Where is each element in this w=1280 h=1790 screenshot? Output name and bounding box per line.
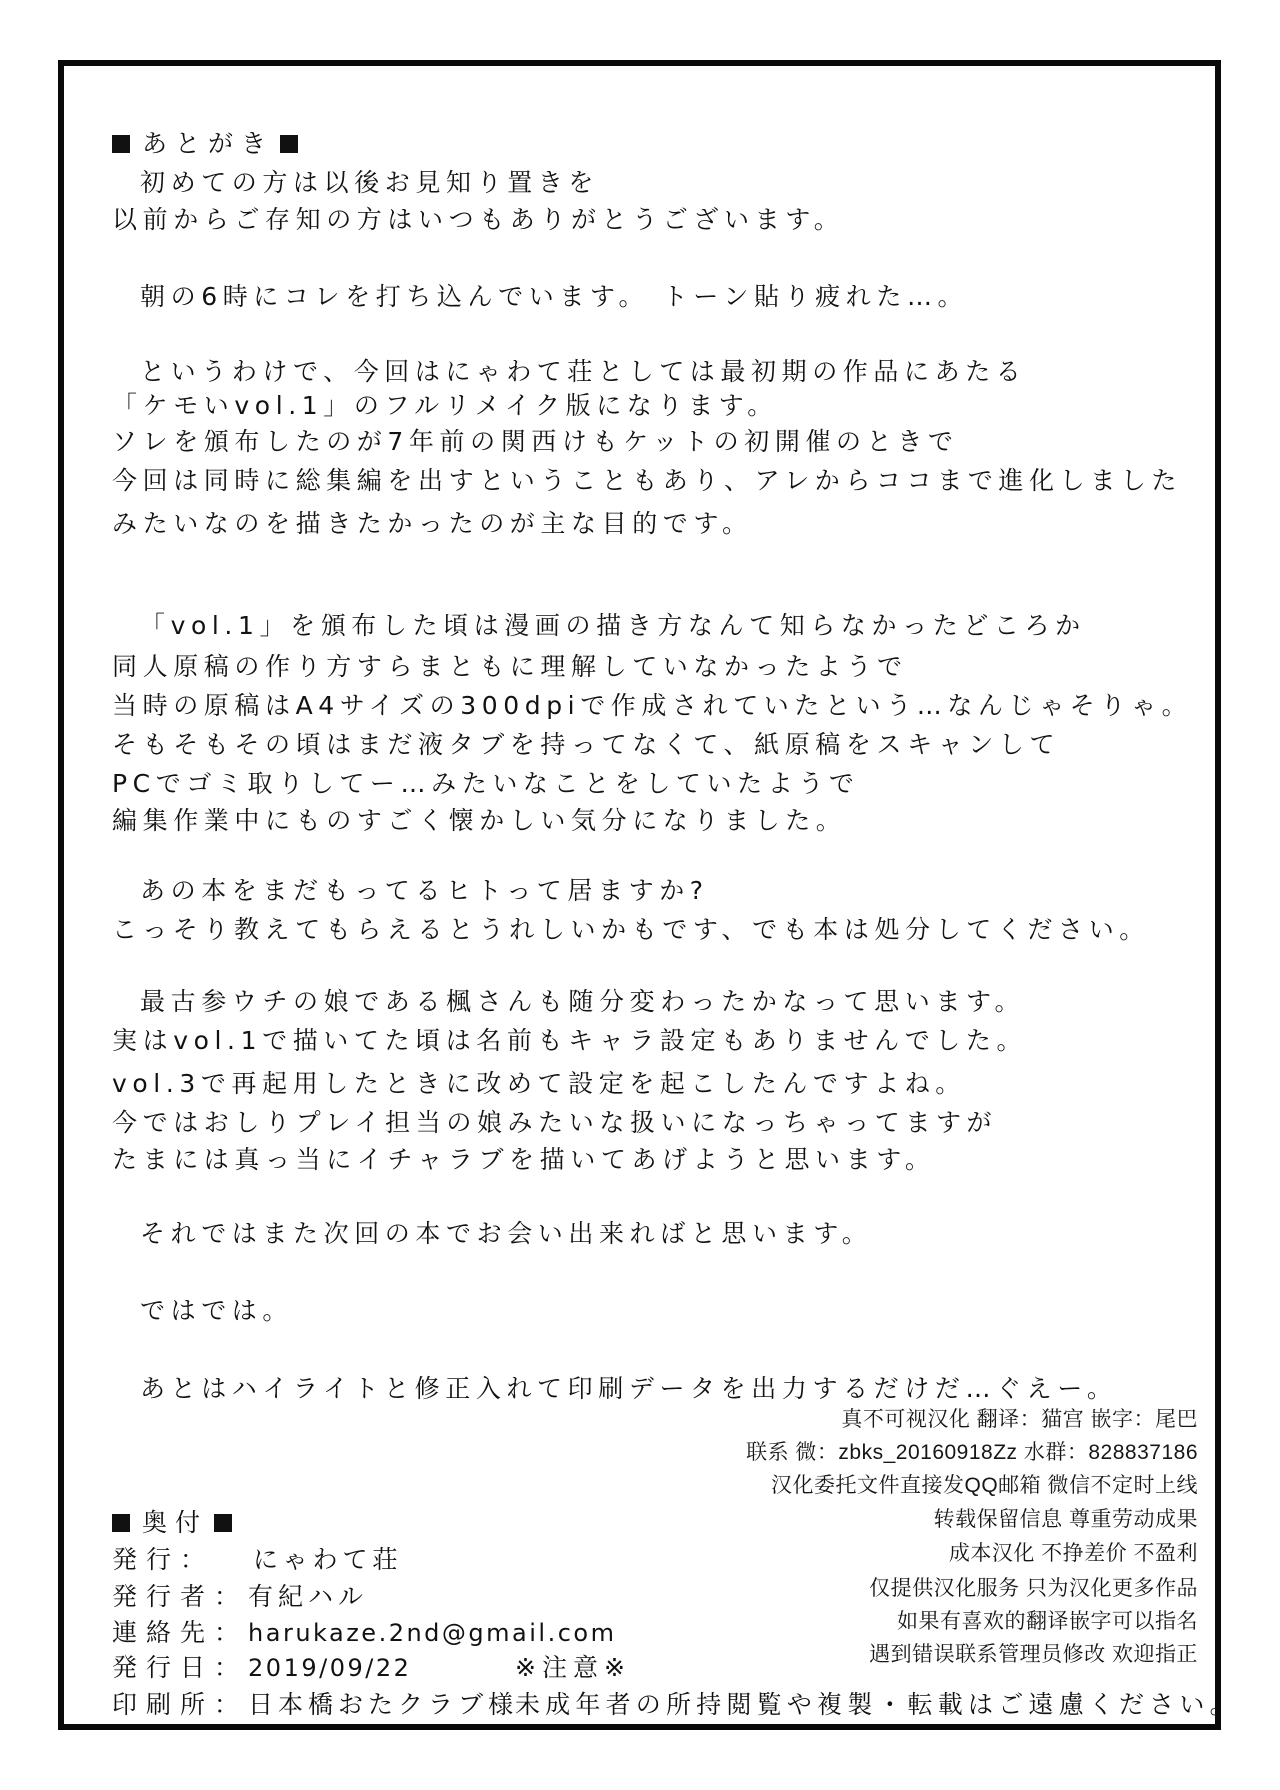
afterword-line: みたいなのを描きたかったのが主な目的です。: [112, 507, 753, 541]
credit-line: 如果有喜欢的翻译嵌字可以指名: [897, 1607, 1198, 1637]
colophon-key: 発行者: [112, 1580, 214, 1614]
afterword-heading-text: あとがき: [142, 129, 274, 158]
afterword-line: 編集作業中にものすごく懐かしい気分になりました。: [112, 804, 846, 838]
colophon-row-printer: 印刷所：日本橋おたクラブ様: [112, 1688, 518, 1722]
colophon-separator: ：: [214, 1651, 248, 1685]
colophon-row-contact: 連絡先：harukaze.2nd@gmail.com: [112, 1616, 616, 1650]
afterword-line: たまには真っ当にイチャラブを描いてあげようと思います。: [112, 1143, 935, 1177]
credit-line: 汉化委托文件直接发QQ邮箱 微信不定时上线: [771, 1471, 1198, 1501]
colophon-value: 日本橋おたクラブ様: [248, 1690, 518, 1719]
afterword-line: こっそり教えてもらえるとうれしいかもです、でも本は処分してください。: [112, 913, 1150, 947]
afterword-line: ソレを頒布したのが7年前の関西けもケットの初開催のときで: [112, 425, 958, 459]
afterword-line: 初めての方は以後お見知り置きを: [140, 166, 599, 200]
afterword-line: 実はvol.1で描いてた頃は名前もキャラ設定もありませんでした。: [112, 1024, 1027, 1058]
colophon-separator: ：: [180, 1543, 214, 1577]
notice-title: ※注意※: [515, 1651, 631, 1685]
publish-date: 2019/09/22: [248, 1654, 411, 1682]
colophon-value: にゃわて荘: [240, 1545, 402, 1574]
afterword-line: あとはハイライトと修正入れて印刷データを出力するだけだ…ぐえー。: [140, 1372, 1117, 1406]
afterword-line: 当時の原稿はA4サイズの300dpiで作成されていたという…なんじゃそりゃ。: [112, 689, 1192, 723]
colophon-row-date: 発行日：2019/09/22: [112, 1651, 411, 1685]
colophon-separator: ：: [214, 1616, 248, 1650]
afterword-line: というわけで、今回はにゃわて荘としては最初期の作品にあたる: [140, 355, 1026, 389]
afterword-heading: あとがき: [112, 127, 298, 161]
afterword-line: ではでは。: [140, 1294, 293, 1328]
credit-line: 转载保留信息 尊重劳动成果: [934, 1505, 1198, 1535]
afterword-line: あの本をまだもってるヒトって居ますか?: [140, 874, 709, 908]
colophon-key: 発行日: [112, 1651, 214, 1685]
colophon-key: 連絡先: [112, 1616, 214, 1650]
afterword-line: 「vol.1」を頒布した頃は漫画の描き方なんて知らなかったどころか: [140, 609, 1086, 643]
colophon-heading: 奥付: [112, 1506, 232, 1540]
afterword-line: 今回は同時に総集編を出すということもあり、アレからココまで進化しました: [112, 464, 1182, 498]
colophon-row-author: 発行者：有紀ハル: [112, 1580, 368, 1614]
credit-line: 成本汉化 不挣差价 不盈利: [949, 1539, 1198, 1569]
notice-text: 未成年者の所持閲覧や複製・転載はご遠慮ください。: [515, 1688, 1240, 1722]
contact-email: harukaze.2nd@gmail.com: [248, 1619, 616, 1647]
afterword-line: PCでゴミ取りしてー…みたいなことをしていたようで: [112, 767, 860, 801]
afterword-line: 「ケモいvol.1」のフルリメイク版になります。: [112, 389, 778, 423]
colophon-row-publisher: 発行： にゃわて荘: [112, 1543, 402, 1577]
colophon-value: 有紀ハル: [248, 1582, 368, 1611]
colophon-heading-text: 奥付: [142, 1508, 208, 1537]
afterword-line: 同人原稿の作り方すらまともに理解していなかったようで: [112, 650, 908, 684]
afterword-line: 以前からご存知の方はいつもありがとうございます。: [112, 203, 844, 237]
credit-line: 联系 微：zbks_20160918Zz 水群：828837186: [746, 1438, 1198, 1468]
credit-line: 真不可视汉化 翻译：猫宫 嵌字：尾巴: [841, 1405, 1198, 1435]
afterword-line: 朝の6時にコレを打ち込んでいます。 トーン貼り疲れた…。: [140, 280, 968, 314]
afterword-line: 今ではおしりプレイ担当の娘みたいな扱いになっちゃってますが: [112, 1106, 997, 1140]
afterword-line: vol.3で再起用したときに改めて設定を起こしたんですよね。: [112, 1067, 966, 1101]
colophon-separator: ：: [214, 1688, 248, 1722]
credit-line: 遇到错误联系管理员修改 欢迎指正: [869, 1640, 1198, 1670]
colophon-key: 印刷所: [112, 1688, 214, 1722]
afterword-line: そもそもその頃はまだ液タブを持ってなくて、紙原稿をスキャンして: [112, 728, 1060, 762]
colophon-key: 発行: [112, 1543, 180, 1577]
afterword-line: それではまた次回の本でお会い出来ればと思います。: [140, 1217, 872, 1251]
afterword-line: 最古参ウチの娘である楓さんも随分変わったかなって思います。: [140, 985, 1025, 1019]
credit-line: 仅提供汉化服务 只为汉化更多作品: [869, 1574, 1198, 1604]
colophon-separator: ：: [214, 1580, 248, 1614]
